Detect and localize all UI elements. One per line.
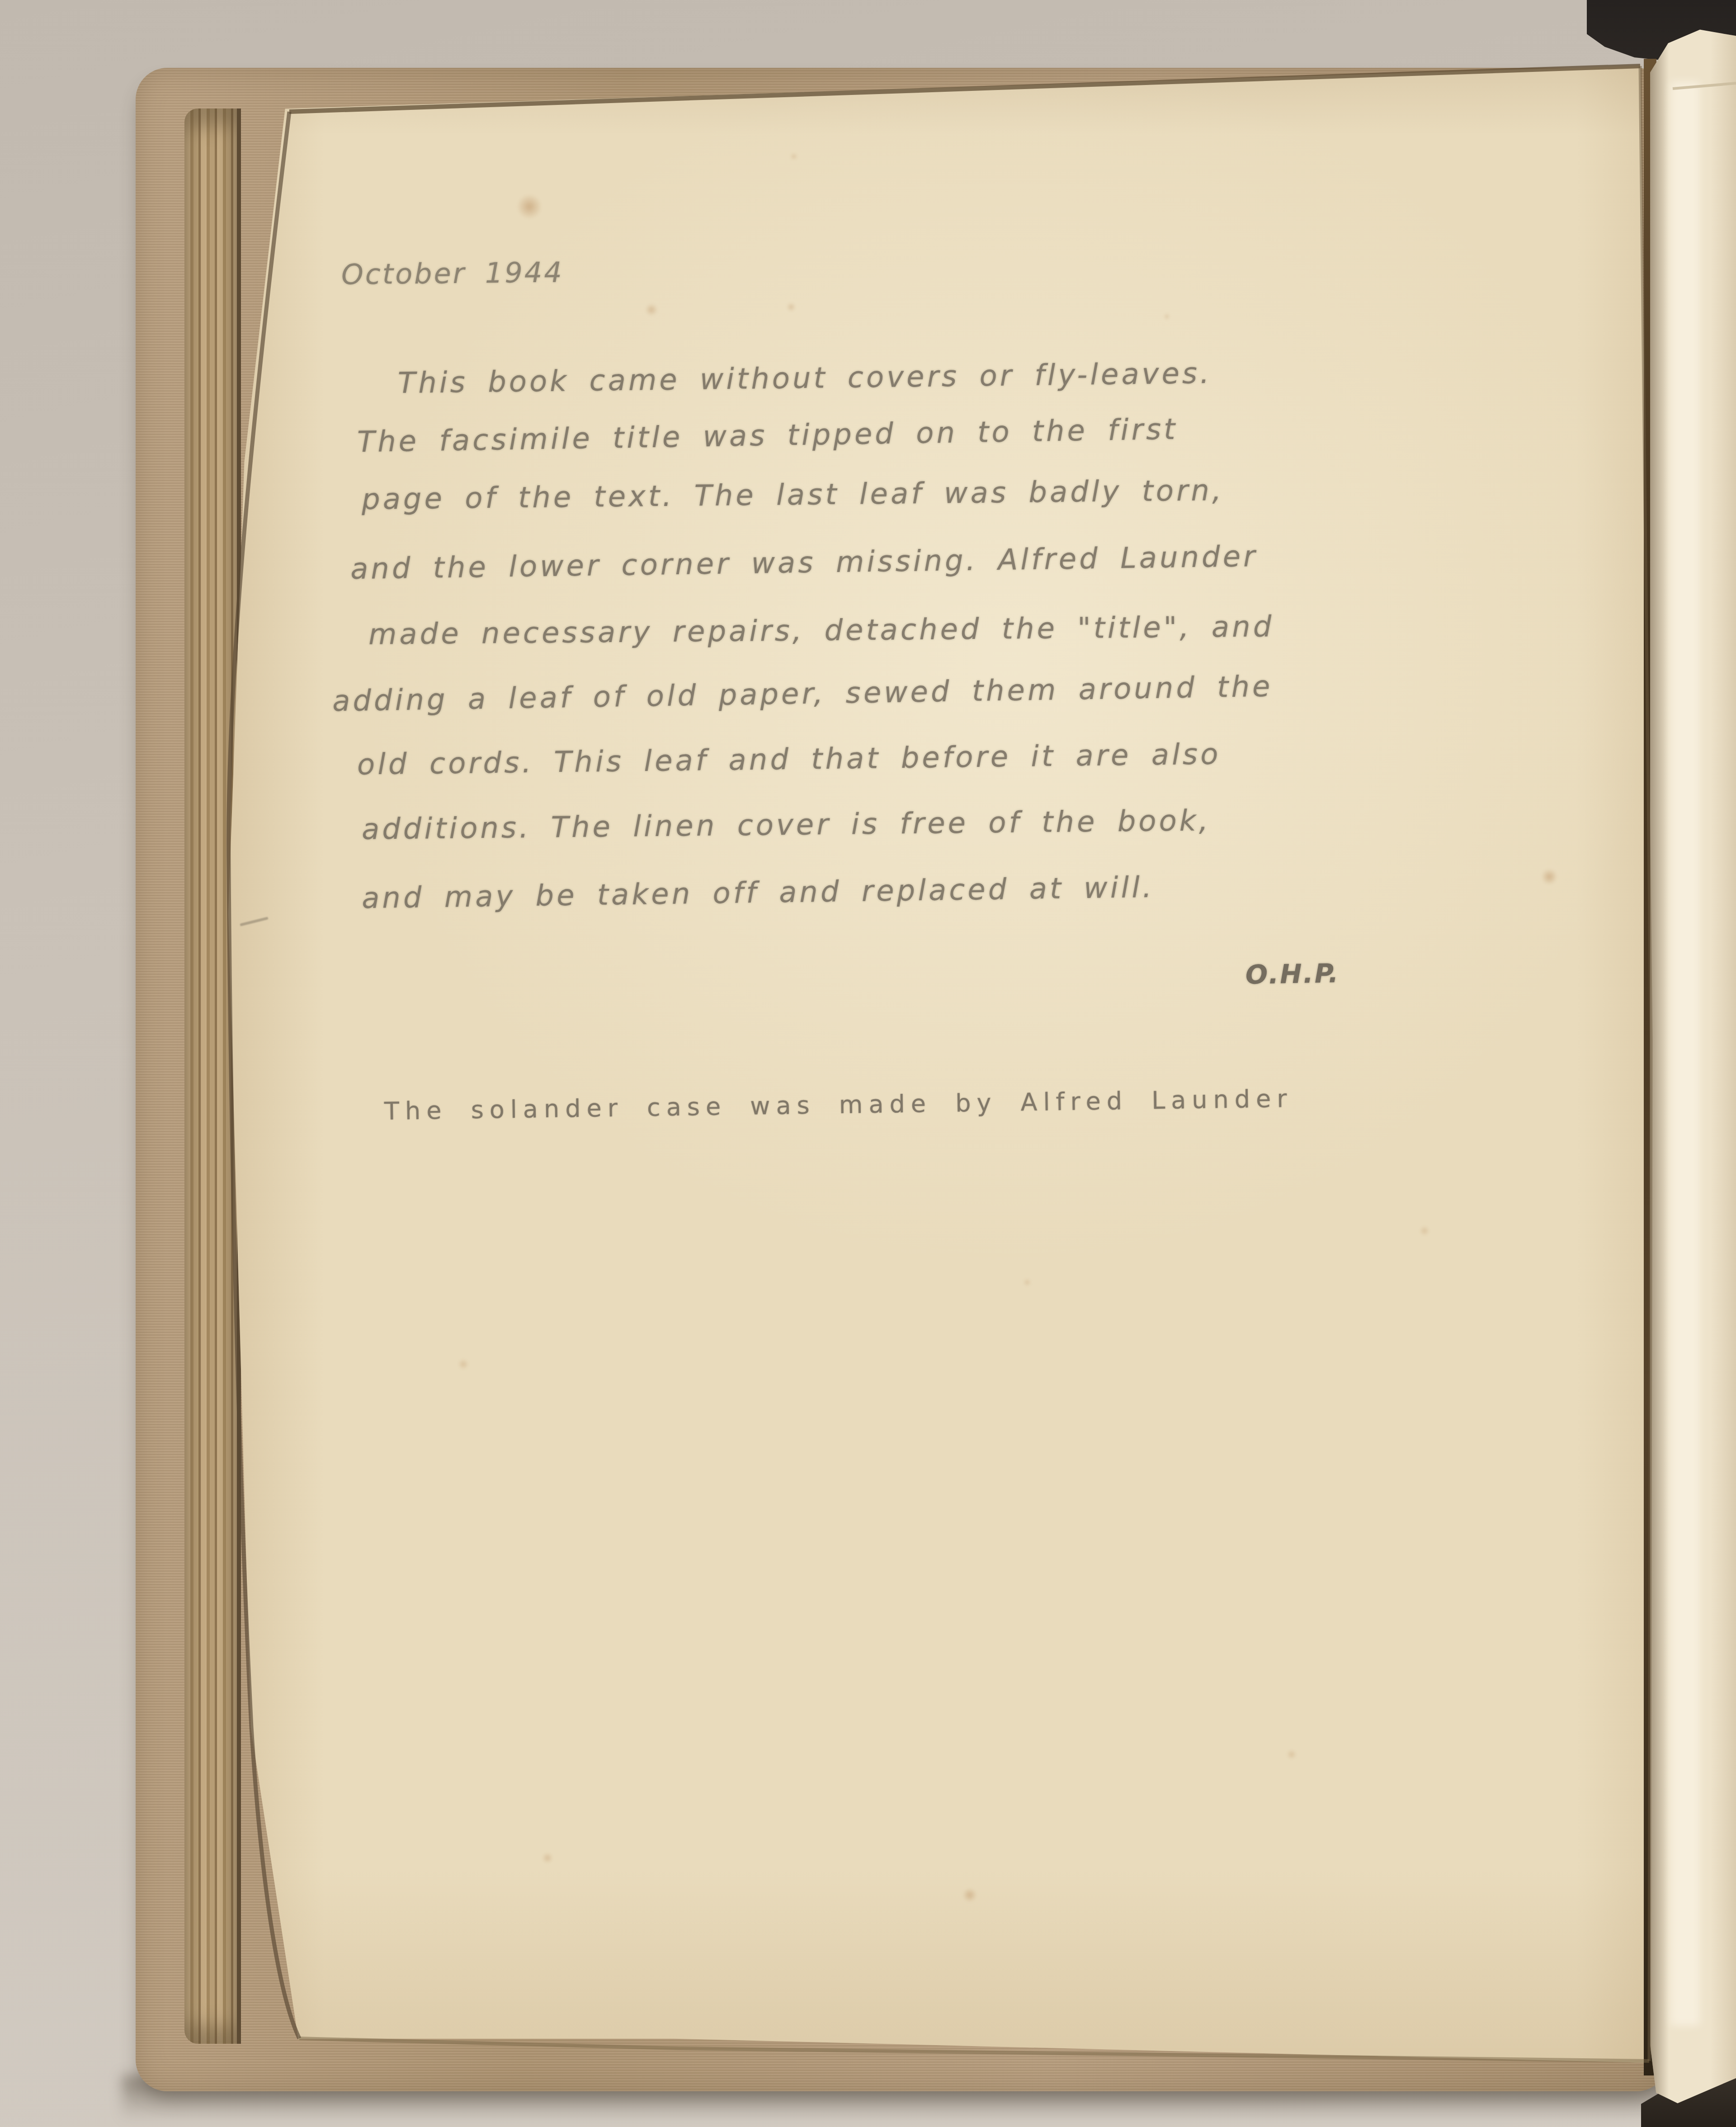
foxing-spot xyxy=(542,1853,553,1863)
handwritten-page: October 1944 This book came without cove… xyxy=(208,54,1664,2071)
handwritten-line: This book came without covers or fly-lea… xyxy=(398,357,1212,400)
handwritten-line: adding a leaf of old paper, sewed them a… xyxy=(332,670,1273,718)
handwritten-line: made necessary repairs, detached the "ti… xyxy=(368,610,1274,651)
handwritten-initials: O.H.P. xyxy=(1245,958,1340,990)
foxing-spot xyxy=(645,303,658,316)
foxing-spot xyxy=(1164,313,1170,320)
margin-pencil-tick xyxy=(240,917,269,926)
foxing-spot xyxy=(790,153,797,160)
handwritten-date: October 1944 xyxy=(341,255,564,291)
solander-case-note: The solander case was made by Alfred Lau… xyxy=(384,1084,1293,1125)
facing-flyleaf xyxy=(1650,18,1736,2112)
handwritten-line: old cords. This leaf and that before it … xyxy=(357,737,1221,781)
handwritten-line: and the lower corner was missing. Alfred… xyxy=(350,540,1258,586)
foxing-spot xyxy=(1420,1226,1429,1236)
handwritten-line: additions. The linen cover is free of th… xyxy=(362,804,1211,846)
leaf-fore-edges xyxy=(184,109,241,2044)
flyleaf-highlight xyxy=(1671,81,1700,2026)
foxing-spot xyxy=(962,1888,977,1902)
foxing-spot xyxy=(458,1359,469,1370)
foxing-spot xyxy=(517,194,542,219)
handwritten-line: The facsimile title was tipped on to the… xyxy=(357,413,1178,459)
foxing-spot xyxy=(1287,1749,1297,1759)
handwritten-line: page of the text. The last leaf was badl… xyxy=(362,474,1224,516)
foxing-spot xyxy=(1023,1278,1031,1286)
handwritten-line: and may be taken off and replaced at wil… xyxy=(362,871,1155,915)
foxing-spot xyxy=(787,303,796,312)
book-photograph: October 1944 This book came without cove… xyxy=(0,0,1736,2127)
foxing-spot xyxy=(1541,869,1557,885)
